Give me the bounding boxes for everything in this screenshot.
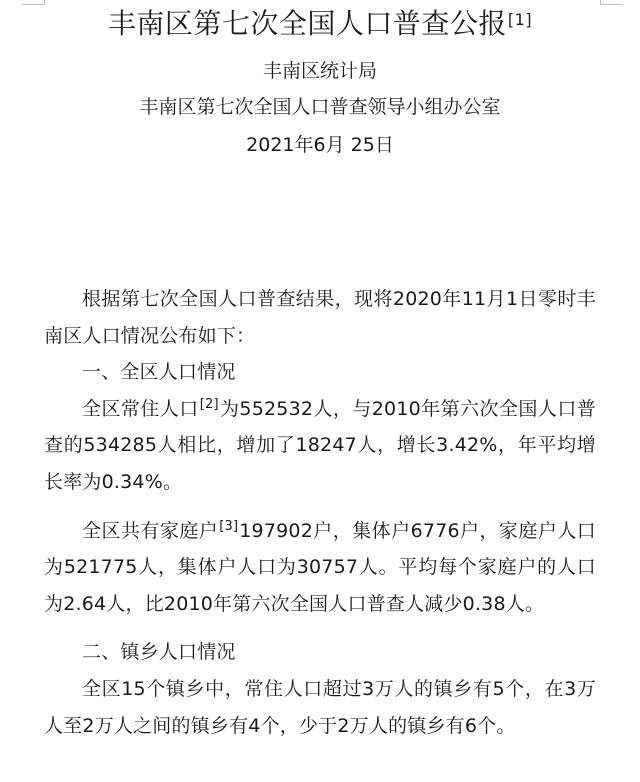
title-text: 丰南区第七次全国人口普查公报 (108, 7, 507, 40)
paragraph-text: 全区常住人口 (82, 398, 199, 420)
section-heading-overall-population: 一、全区人口情况 (44, 354, 596, 391)
document-body: 根据第七次全国人口普查结果，现将2020年11月1日零时丰南区人口情况公布如下：… (44, 281, 596, 744)
section-heading-town-population: 二、镇乡人口情况 (44, 634, 596, 671)
paragraph-resident-population: 全区常住人口[2]为552532人，与2010年第六次全国人口普查的534285… (44, 391, 596, 501)
paragraph-town-population: 全区15个镇乡中，常住人口超过3万人的镇乡有5个，在3万人至2万人之间的镇乡有4… (44, 671, 596, 744)
footnote-ref-3[interactable]: [3] (219, 519, 238, 534)
footnote-ref-2[interactable]: [2] (200, 397, 219, 412)
page-corner-mark-left (22, 0, 45, 5)
paragraph-households: 全区共有家庭户[3]197902户，集体户6776户，家庭户人口为521775人… (44, 513, 596, 623)
intro-paragraph: 根据第七次全国人口普查结果，现将2020年11月1日零时丰南区人口情况公布如下： (44, 281, 596, 354)
page-corner-mark-right (600, 0, 623, 5)
publish-date: 2021年6月 25日 (0, 132, 640, 158)
title-footnote-ref[interactable]: [1] (508, 10, 532, 29)
issuer: 丰南区统计局 (0, 58, 640, 84)
document-title: 丰南区第七次全国人口普查公报[1] (0, 6, 640, 42)
issuing-office: 丰南区第七次全国人口普查领导小组办公室 (0, 94, 640, 120)
paragraph-text: 全区共有家庭户 (82, 520, 218, 542)
